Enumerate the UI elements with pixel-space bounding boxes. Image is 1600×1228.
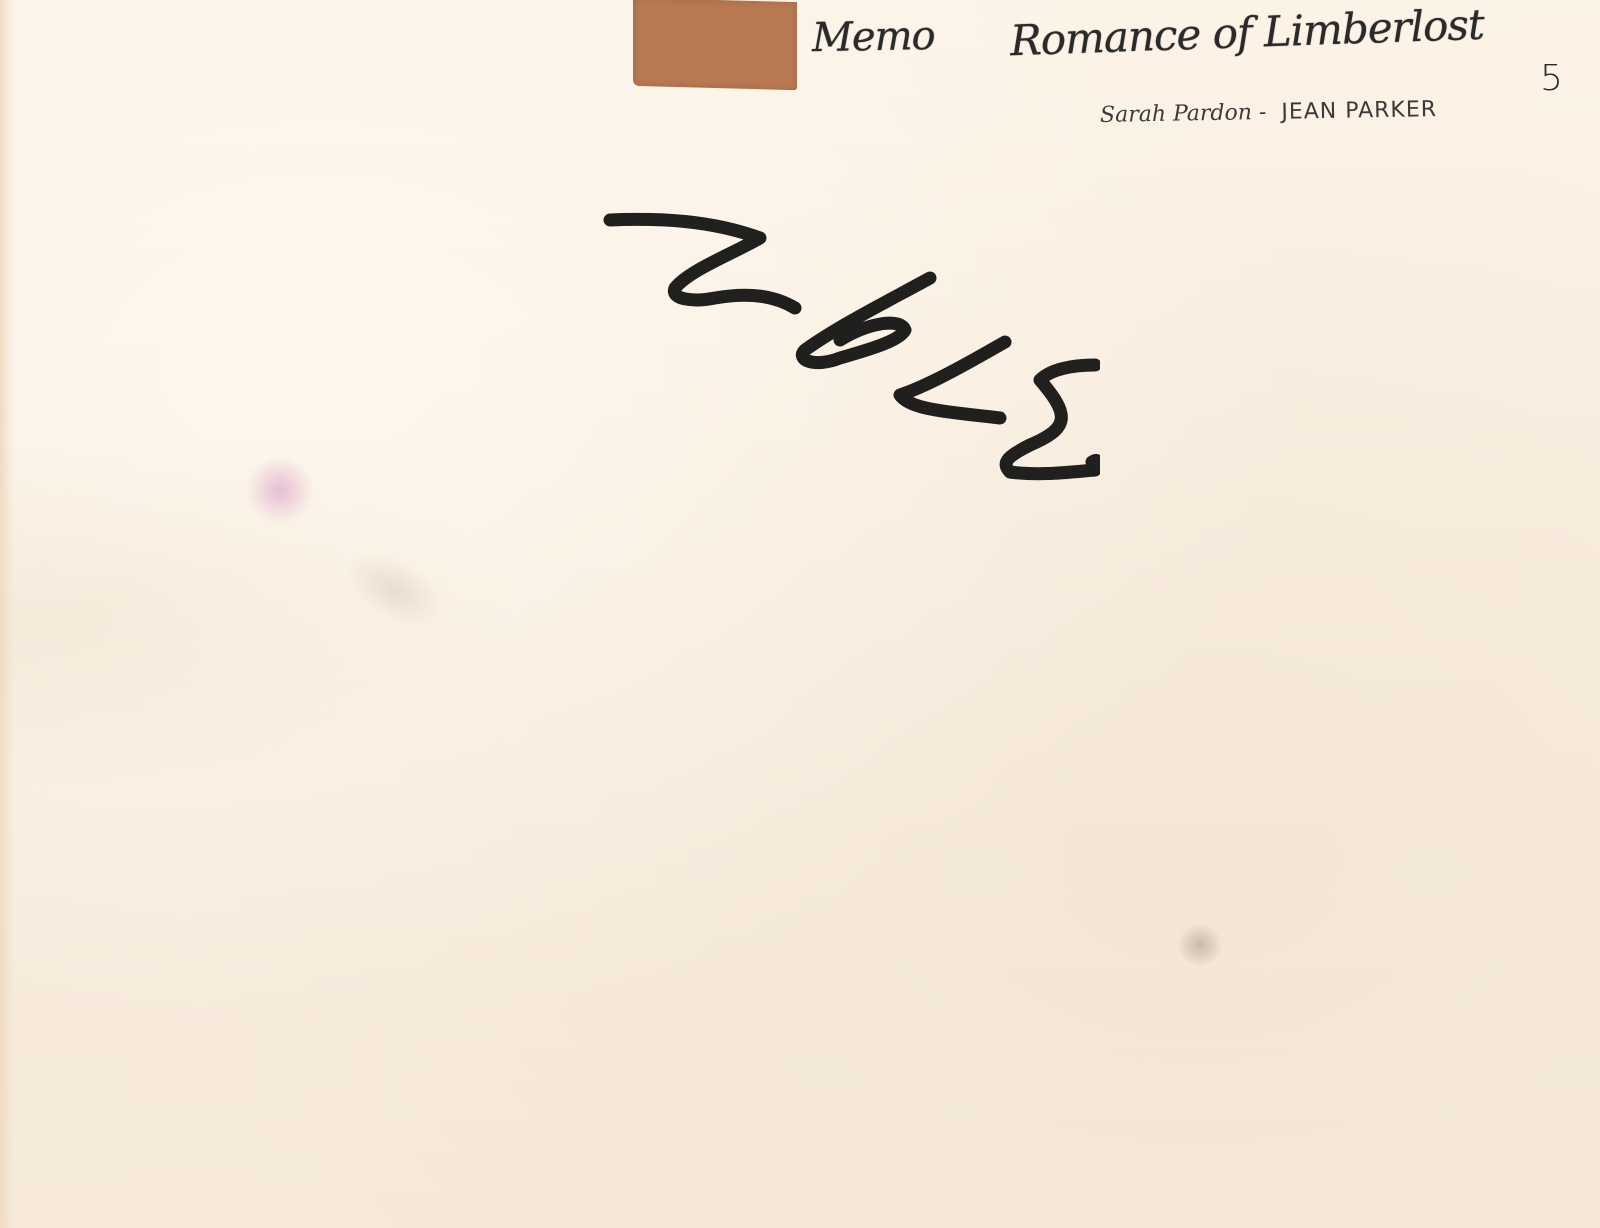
paper-left-edge — [0, 0, 14, 1228]
film-title: Romance of Limberlost — [1009, 0, 1484, 65]
grey-spot — [1175, 925, 1225, 965]
cast-separator: - — [1259, 100, 1267, 125]
actor-name: JEAN PARKER — [1281, 97, 1437, 125]
character-name: Sarah Pardon — [1100, 100, 1252, 128]
ink-stain — [245, 455, 315, 525]
smudge — [332, 537, 457, 644]
cast-note: Sarah Pardon - JEAN PARKER — [1100, 97, 1437, 128]
stock-number: 3792 — [600, 200, 1100, 490]
sheet-number: 5 — [1540, 58, 1563, 99]
tape-strip — [633, 0, 797, 90]
memo-label: Memo — [812, 13, 935, 61]
photo-back-sheet: Memo Romance of Limberlost 5 Sarah Pardo… — [0, 0, 1600, 1228]
